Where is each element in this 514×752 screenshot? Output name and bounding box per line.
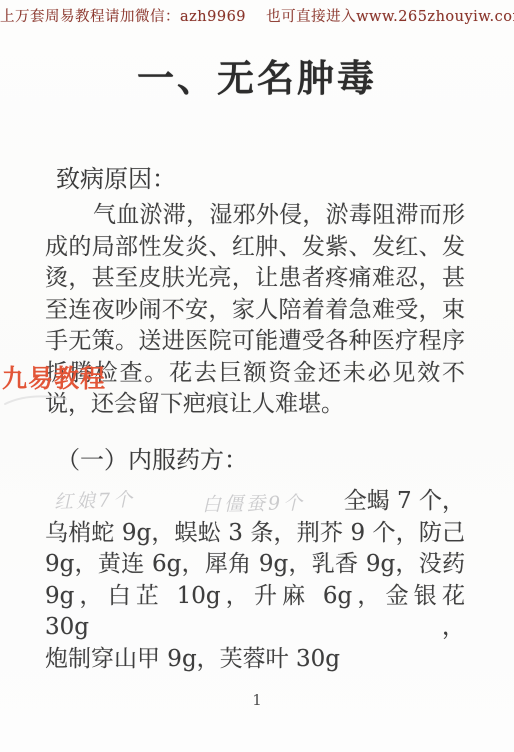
text-line: 手无策。送进医院可能遭受各种医疗程序 (45, 326, 465, 358)
text-line: 9g，白芷 10g，升麻 6g，金银花 30g， (45, 581, 465, 644)
text-line: 折腾检查。花去巨额资金还未必见效不 (45, 358, 465, 390)
handwritten-note: 白僵蚕9个 (202, 488, 306, 517)
watermark-logo-text: 九易教程 (2, 359, 106, 395)
scanned-book-page: 上万套周易教程请加微信：azh9969 也可直接进入www.265zhouyiw… (0, 0, 514, 752)
chapter-title: 一、无名肿毒 (0, 48, 514, 102)
text-line: 说，还会留下疤痕让人难堪。 (45, 389, 465, 421)
cause-section-heading: 致病原因： (56, 159, 176, 194)
text-line: 至连夜吵闹不安，家人陪着着急难受，束 (45, 295, 465, 327)
text-line: 9g，黄连 6g，犀角 9g，乳香 9g，没药 (45, 549, 465, 581)
text-line: 烫，甚至皮肤光亮，让患者疼痛难忍，甚 (45, 263, 465, 295)
handwritten-note: 红娘7个 (54, 485, 136, 515)
text-line: 乌梢蛇 9g，蜈蚣 3 条，荆芥 9 个，防己 (45, 518, 465, 550)
header-promo-notice: 上万套周易教程请加微信：azh9969 也可直接进入www.265zhouyiw… (0, 5, 514, 26)
cause-paragraph: 气血淤滞，湿邪外侵，淤毒阻滞而形 成的局部性发炎、红肿、发紫、发红、发 烫，甚至… (45, 200, 465, 421)
prescription-section-heading: （一）内服药方： (56, 440, 248, 475)
page-number: 1 (0, 691, 514, 709)
text-line: 气血淤滞，湿邪外侵，淤毒阻滞而形 (45, 200, 465, 232)
text-line: 成的局部性发炎、红肿、发紫、发红、发 (45, 232, 465, 264)
text-line: 炮制穿山甲 9g，芙蓉叶 30g (45, 644, 465, 676)
